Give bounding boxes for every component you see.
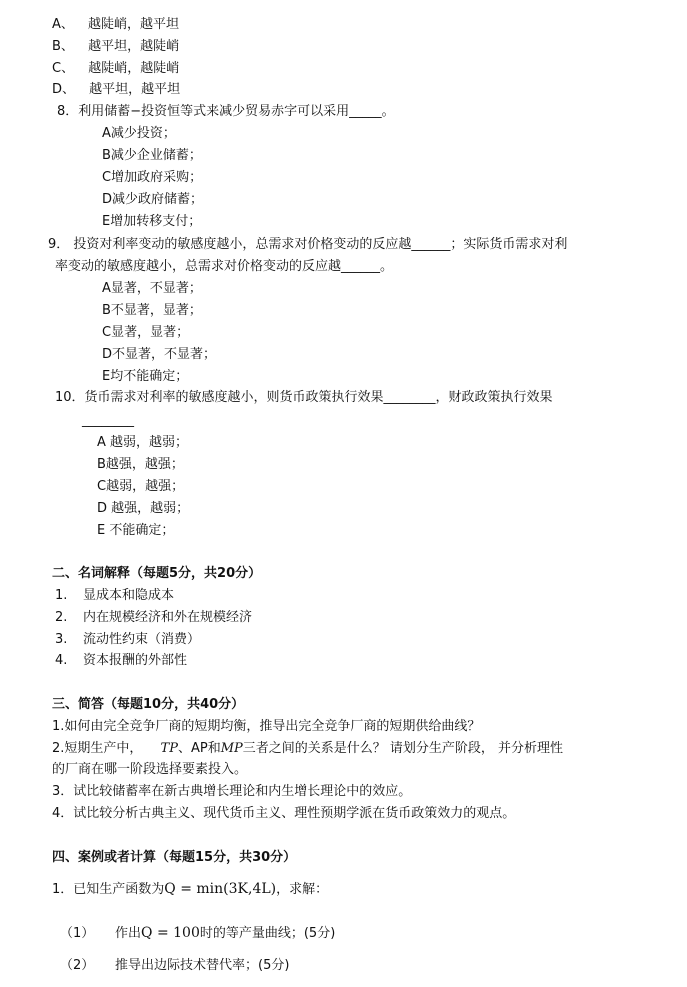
item-number: 2. — [55, 609, 83, 627]
q7-option-c: C、 越陡峭，越陡峭 — [52, 60, 179, 78]
q9-option-c: C显著，显著； — [102, 324, 189, 342]
q8-option-a: A减少投资； — [102, 125, 176, 143]
section3-title: 三、简答（每题10分，共40分） — [52, 696, 244, 714]
q2-separator: 、AP和 — [178, 741, 221, 756]
section4-q1: 1．已知生产函数为Q = min(3K,4L)，求解： — [52, 880, 328, 899]
q8-option-e: E增加转移支付； — [102, 213, 201, 231]
q9-option-e: E均不能确定； — [102, 368, 188, 386]
q2-prefix: 2.短期生产中， — [52, 741, 142, 756]
q8-option-c: C增加政府采购； — [102, 169, 202, 187]
section4-sub1: （1）作出Q = 100时的等产量曲线；(5分) — [60, 924, 335, 943]
sub-number: （2） — [60, 957, 115, 975]
q10-stem-line1: 10．货币需求对利率的敏感度越小，则货币政策执行效果________，财政政策执… — [55, 389, 553, 407]
item-text: 内在规模经济和外在规模经济 — [83, 610, 252, 625]
q9-option-a: A显著，不显著； — [102, 280, 202, 298]
sub1-suffix: 时的等产量曲线；(5分) — [200, 926, 335, 941]
section2-title: 二、名词解释（每题5分，共20分） — [52, 565, 261, 583]
option-text: 越陡峭，越平坦 — [88, 17, 179, 32]
sub1-prefix: 作出 — [115, 926, 141, 941]
option-label: C、 — [52, 61, 74, 76]
option-label: A、 — [52, 17, 74, 32]
q9-option-d: D不显著，不显著； — [102, 346, 216, 364]
sub-number: （1） — [60, 925, 115, 943]
q10-stem-line2: ________ — [82, 412, 134, 430]
section3-q4: 4．试比较分析古典主义、现代货币主义、理性预期学派在货币政策效力的观点。 — [52, 805, 515, 823]
section3-q2-line2: 的厂商在哪一阶段选择要素投入。 — [52, 761, 247, 779]
sub2-text: 推导出边际技术替代率；(5分) — [115, 958, 289, 973]
q1-suffix: ，求解： — [276, 882, 328, 897]
section2-item-1: 1.显成本和隐成本 — [55, 587, 174, 605]
q7-option-b: B、 越平坦，越陡峭 — [52, 38, 179, 56]
q7-option-d: D、 越平坦，越平坦 — [52, 81, 180, 99]
q10-option-d: D 越强，越弱； — [97, 500, 189, 518]
q9-option-b: B不显著，显著； — [102, 302, 202, 320]
q10-option-a: A 越弱，越弱； — [97, 434, 188, 452]
q7-option-a: A、 越陡峭，越平坦 — [52, 16, 179, 34]
q2-mp: MP — [221, 741, 243, 756]
q9-stem-line1: 9． 投资对利率变动的敏感度越小，总需求对价格变动的反应越______；实际货币… — [48, 236, 567, 254]
section4-sub2: （2）推导出边际技术替代率；(5分) — [60, 957, 289, 975]
q10-option-c: C越弱，越强； — [97, 478, 184, 496]
q8-option-b: B减少企业储蓄； — [102, 147, 202, 165]
item-text: 流动性约束（消费） — [83, 632, 200, 647]
section3-q1: 1.如何由完全竞争厂商的短期均衡，推导出完全竞争厂商的短期供给曲线？ — [52, 718, 480, 736]
section2-item-3: 3.流动性约束（消费） — [55, 631, 200, 649]
option-label: B、 — [52, 39, 74, 54]
q10-option-e: E 不能确定； — [97, 522, 174, 540]
option-text: 越陡峭，越陡峭 — [88, 61, 179, 76]
section4-title: 四、案例或者计算（每题15分，共30分） — [52, 849, 296, 867]
q10-option-b: B越强，越强； — [97, 456, 184, 474]
q8-stem: 8．利用储蓄−投资恒等式来减少贸易赤字可以采用_____。 — [57, 103, 395, 121]
item-number: 3. — [55, 631, 83, 649]
section2-item-4: 4.资本报酬的外部性 — [55, 652, 187, 670]
item-number: 4. — [55, 652, 83, 670]
q2-tp: TP — [161, 741, 178, 756]
item-text: 资本报酬的外部性 — [83, 653, 187, 668]
option-text: 越平坦，越陡峭 — [88, 39, 179, 54]
option-label: D、 — [52, 82, 75, 97]
production-function-formula: Q = min(3K,4L) — [164, 881, 276, 897]
q9-stem-line2: 率变动的敏感度越小，总需求对价格变动的反应越______。 — [55, 258, 393, 276]
section3-q3: 3．试比较储蓄率在新古典增长理论和内生增长理论中的效应。 — [52, 783, 411, 801]
isoquant-formula: Q = 100 — [141, 925, 200, 941]
section3-q2: 2.短期生产中， TP、AP和MP三者之间的关系是什么？ 请划分生产阶段， 并分… — [52, 740, 563, 758]
section2-item-2: 2.内在规模经济和外在规模经济 — [55, 609, 252, 627]
q8-option-d: D减少政府储蓄； — [102, 191, 203, 209]
item-text: 显成本和隐成本 — [83, 588, 174, 603]
q1-prefix: 1．已知生产函数为 — [52, 882, 164, 897]
item-number: 1. — [55, 587, 83, 605]
q2-rest: 三者之间的关系是什么？ 请划分生产阶段， 并分析理性 — [243, 741, 563, 756]
option-text: 越平坦，越平坦 — [89, 82, 180, 97]
